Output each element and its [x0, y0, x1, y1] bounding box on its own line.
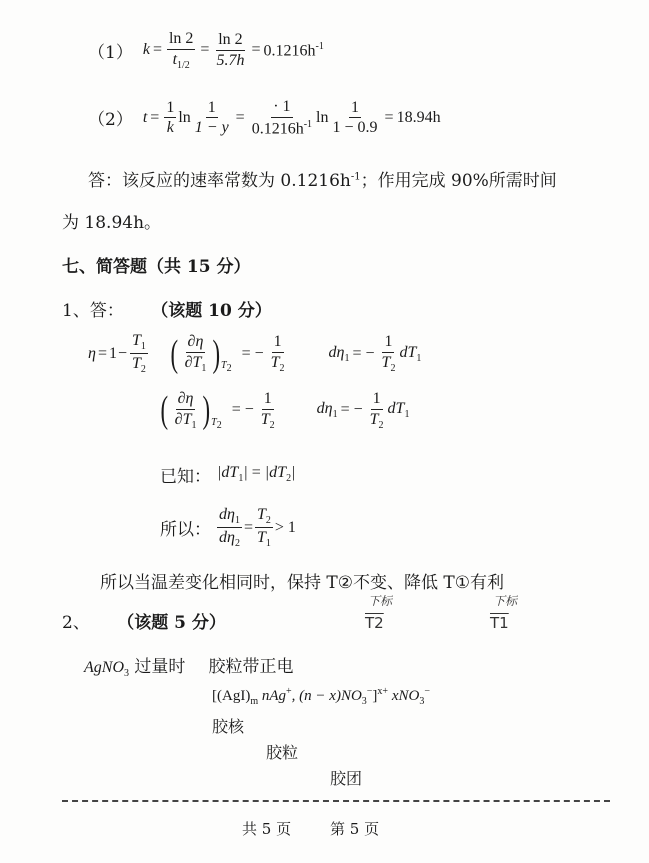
subscript: 2	[280, 363, 285, 374]
superscript: −	[424, 686, 430, 697]
superscript: x+	[377, 686, 388, 697]
answer-line-2: 为 18.94h。	[62, 208, 161, 233]
handwritten-symbol-t2: T2	[365, 614, 384, 632]
denominator: 0.1216h	[252, 120, 304, 137]
formula-part: [(AgI)	[212, 688, 250, 704]
fraction-1-T2: 1 T2	[259, 390, 277, 431]
q2-score: （该题 5 分）	[117, 613, 226, 633]
dT2: dT	[269, 464, 286, 481]
equals: =	[385, 109, 394, 127]
subscript: 3	[419, 696, 424, 707]
fraction-ln2-5.7h: ln 2 5.7h	[214, 31, 246, 69]
q1-score: （该题 10 分）	[151, 301, 272, 321]
subscript: 2	[390, 363, 395, 374]
part1-label: （1）	[88, 38, 133, 63]
subscript: 2	[266, 515, 271, 526]
footer-total-pages: 共 5 页	[242, 818, 291, 839]
denominator: T	[271, 354, 280, 371]
q2-number: 2、	[62, 613, 90, 633]
numerator: 1	[272, 333, 284, 353]
denominator: k	[165, 118, 176, 137]
handwritten-note-1: 下标	[368, 592, 392, 609]
q1-therefore: 所以： dη1 dη2 = T2 T1 > 1	[160, 506, 296, 549]
q2-condition: AgNO3 过量时 胶粒带正电	[84, 652, 294, 679]
equals: =	[150, 109, 159, 127]
subscript: 1	[344, 353, 349, 364]
formula-part: xNO	[388, 688, 419, 704]
subscript: 1	[238, 474, 243, 485]
subscript: 3	[362, 696, 367, 707]
subscript: 2	[235, 538, 240, 549]
formula-part: nAg	[258, 688, 286, 704]
subscript: 2	[286, 474, 291, 485]
subscript: 1/2	[177, 60, 190, 71]
numerator: ∂η	[186, 333, 206, 353]
numerator: ∂η	[176, 390, 196, 410]
answer-text-rest: ；作用完成 90%所需时间	[361, 171, 557, 191]
subscript: 1	[201, 363, 206, 374]
numerator: 1	[349, 99, 361, 119]
condition-text: 过量时	[129, 657, 185, 677]
equals: =	[236, 109, 245, 127]
label-micelle: 胶团	[330, 766, 362, 789]
partial-derivative-2: ( ∂η ∂T1 ) T2	[158, 390, 222, 431]
dT: dT	[399, 344, 416, 361]
fraction-1-T2: 1 T2	[368, 390, 386, 431]
charge-text: 胶粒带正电	[209, 657, 294, 677]
result-value: 0.1216h	[263, 42, 315, 59]
numerator: 1	[206, 99, 218, 119]
greater-than-one: > 1	[275, 519, 296, 537]
result-k: 0.1216h-1	[263, 41, 323, 60]
label-colloid-core: 胶核	[212, 714, 244, 737]
result-t: 18.94h	[397, 109, 441, 127]
denominator: T	[261, 411, 270, 428]
denominator: 1 − 0.9	[331, 118, 380, 137]
t-symbol: t	[143, 109, 147, 127]
subscript: 2	[227, 363, 232, 374]
denominator: T	[132, 355, 141, 372]
superscript: -1	[315, 41, 323, 52]
subscript: m	[250, 696, 258, 707]
subscript: 1	[266, 538, 271, 549]
dT1: dT	[221, 464, 238, 481]
k-symbol: k	[143, 41, 150, 59]
footer-divider	[62, 800, 610, 802]
numerator: 1	[382, 333, 394, 353]
equals: =	[251, 41, 260, 59]
subscript: 1	[333, 409, 338, 420]
fraction-1-k: 1 k	[164, 99, 176, 137]
handwritten-note-2: 下标	[493, 592, 517, 609]
equals: =	[200, 41, 209, 59]
numerator: dη	[219, 506, 235, 523]
fraction-1-1minus09: 1 1 − 0.9	[331, 99, 380, 137]
superscript: -1	[351, 171, 361, 182]
q1-number: 1、答：	[62, 301, 124, 321]
denominator: ∂T	[175, 411, 192, 428]
q2-heading: 2、 （该题 5 分）	[62, 608, 226, 633]
section-title: 七、简答题（共 15 分）	[62, 252, 251, 277]
fraction-1-T2: 1 T2	[380, 333, 398, 374]
part2-label: （2）	[88, 105, 133, 130]
d-eta: dη	[329, 344, 345, 361]
numerator: · 1	[271, 98, 292, 118]
one: 1	[109, 345, 117, 363]
numerator: ln 2	[216, 31, 244, 51]
fraction-deta1-deta2: dη1 dη2	[217, 506, 242, 549]
q2-micelle-formula: [(AgI)m nAg+, (n − x)NO3−]x+ xNO3−	[212, 686, 430, 707]
subscript: 1	[235, 515, 240, 526]
q1-equation-row-1: η = 1 − T1 T2 ( ∂η ∂T1 ) T2 = − 1 T2 dη1…	[88, 332, 421, 375]
answer-line-1: 答：该反应的速率常数为 0.1216h-1；作用完成 90%所需时间	[88, 166, 557, 191]
superscript: -1	[304, 119, 312, 130]
fraction-T1-T2: T1 T2	[130, 332, 148, 375]
fraction-1-1minusy: 1 1 − y	[193, 99, 231, 137]
denominator: 5.7h	[214, 51, 246, 70]
fraction-1-k-value: · 1 0.1216h-1	[250, 98, 314, 138]
answer-text: 答：该反应的速率常数为 0.1216h	[88, 171, 351, 191]
subscript: 2	[141, 364, 146, 375]
subscript: 1	[404, 409, 409, 420]
numerator: 1	[262, 390, 274, 410]
subscript: 1	[191, 420, 196, 431]
handwritten-symbol-t1: T1	[490, 614, 509, 632]
equation-part2: （2） t = 1 k ln 1 1 − y = · 1 0.1216h-1 l…	[88, 98, 441, 138]
q1-known: 已知： |dT1| = |dT2|	[160, 462, 295, 487]
denominator: T	[257, 529, 266, 546]
ln: ln	[316, 109, 328, 127]
label-colloid-particle: 胶粒	[266, 740, 298, 763]
dT: dT	[388, 400, 405, 417]
subscript: 2	[270, 420, 275, 431]
denominator: 1 − y	[193, 118, 231, 137]
subscript: 2	[379, 420, 384, 431]
fraction-1-T2: 1 T2	[269, 333, 287, 374]
denominator: dη	[219, 529, 235, 546]
equation-part1: （1） k = ln 2 t1/2 = ln 2 5.7h = 0.1216h-…	[88, 30, 324, 71]
formula-part: , (n − x)NO	[292, 688, 362, 704]
q1-heading: 1、答： （该题 10 分）	[62, 296, 272, 321]
agno3: AgNO	[84, 659, 124, 676]
numerator: 1	[164, 99, 176, 119]
q1-equation-row-2: ( ∂η ∂T1 ) T2 = − 1 T2 dη1 = − 1 T2 dT1	[158, 390, 409, 431]
subscript: 1	[416, 353, 421, 364]
numerator: T	[132, 332, 141, 349]
denominator: ∂T	[185, 354, 202, 371]
footer-current-page: 第 5 页	[330, 818, 379, 839]
partial-derivative-1: ( ∂η ∂T1 ) T2	[168, 333, 232, 374]
subscript: 2	[217, 420, 222, 431]
known-label: 已知：	[160, 462, 211, 487]
subscript: 1	[141, 341, 146, 352]
denominator: T	[370, 411, 379, 428]
fraction-T2-T1: T2 T1	[255, 506, 273, 549]
equals: =	[153, 41, 162, 59]
numerator: ln 2	[167, 30, 195, 50]
q1-conclusion: 所以当温差变化相同时，保持 T②不变、降低 T①有利	[100, 568, 504, 593]
numerator: 1	[371, 390, 383, 410]
d-eta: dη	[317, 400, 333, 417]
ln: ln	[178, 109, 190, 127]
eta: η	[88, 345, 96, 363]
therefore-label: 所以：	[160, 515, 211, 540]
answer-text: 为 18.94h。	[62, 213, 161, 233]
fraction-ln2-thalf: ln 2 t1/2	[167, 30, 195, 71]
numerator: T	[257, 506, 266, 523]
